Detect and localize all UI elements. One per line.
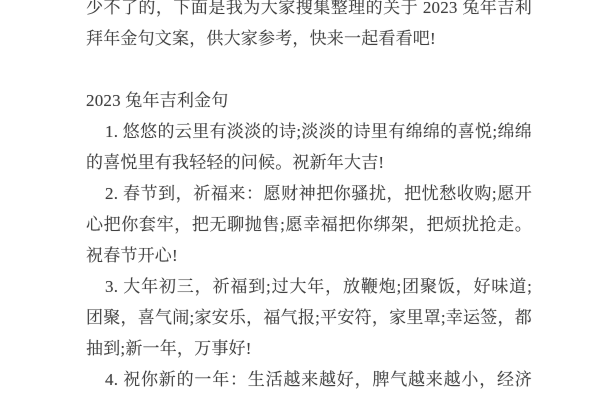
- list-item-3-line-3: 抽到;新一年，万事好!: [86, 333, 532, 364]
- document-page: 少不了的，下面是我为大家搜集整理的关于 2023 兔年吉利 拜年金句文案，供大家…: [86, 0, 532, 395]
- list-item-1-line-2: 的喜悦里有我轻轻的问候。祝新年大吉!: [86, 147, 532, 178]
- section-heading: 2023 兔年吉利金句: [86, 85, 532, 116]
- list-item-3-line-1: 3. 大年初三，祈福到;过大年，放鞭炮;团聚饭，好味道;人: [86, 271, 532, 302]
- list-item-2-line-1: 2. 春节到，祈福来：愿财神把你骚扰，把忧愁收购;愿开: [86, 178, 532, 209]
- intro-paragraph-line-2: 拜年金句文案，供大家参考，快来一起看看吧!: [86, 23, 532, 54]
- intro-paragraph-line-1: 少不了的，下面是我为大家搜集整理的关于 2023 兔年吉利: [86, 0, 532, 23]
- list-item-1-line-1: 1. 悠悠的云里有淡淡的诗;淡淡的诗里有绵绵的喜悦;绵绵: [86, 116, 532, 147]
- list-item-3-line-2: 团聚，喜气闹;家安乐，福气报;平安符，家里罩;幸运签，都: [86, 302, 532, 333]
- list-item-2-line-3: 祝春节开心!: [86, 240, 532, 271]
- list-item-4-line-1: 4. 祝你新的一年：生活越来越好，脾气越来越小，经济: [86, 364, 532, 395]
- list-item-2-line-2: 心把你套牢，把无聊抛售;愿幸福把你绑架，把烦扰抢走。: [86, 209, 532, 240]
